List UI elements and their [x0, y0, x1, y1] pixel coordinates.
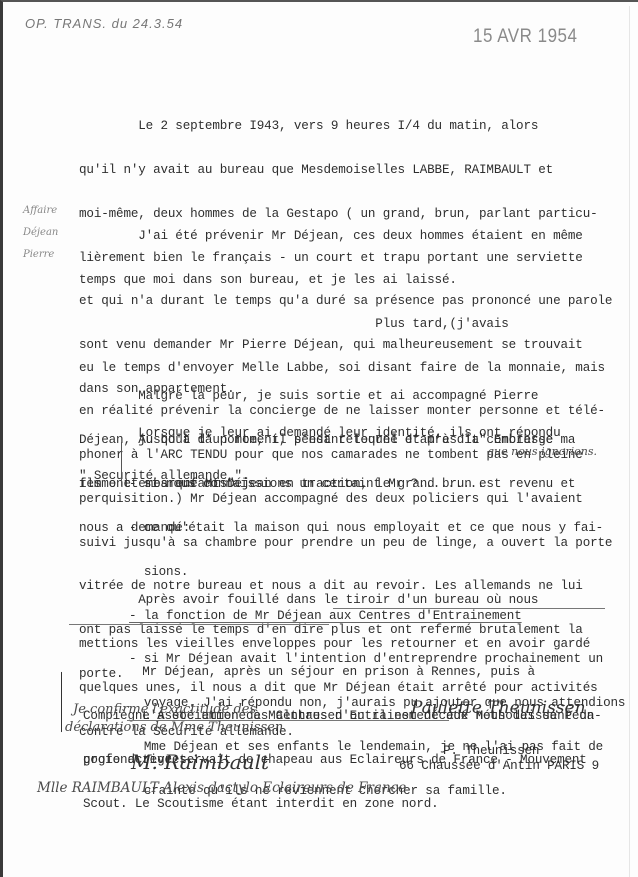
underline-mark	[69, 624, 329, 625]
reference-note: OP. TRANS. du 24.3.54	[25, 16, 183, 31]
list-item: - si nous connaissions un certaint Mr ?.…	[129, 477, 625, 492]
signer-name: P. Theunissen	[443, 744, 539, 759]
raimbault-signature: M. Raimbault	[131, 750, 269, 774]
list-annotation: que nous ignorions.	[487, 445, 597, 458]
document-page: OP. TRANS. du 24.3.54 15 AVR 1954 Affair…	[0, 0, 638, 877]
confirmation-line-1: Je confirme l'exactitude des	[73, 702, 256, 717]
underline-mark	[333, 608, 605, 609]
margin-bracket	[121, 442, 122, 486]
raimbault-identification: Mlle RAIMBAULT Alexis dactylo Eclaireurs…	[37, 780, 406, 796]
confirmation-line-2: déclarations de Mme Theunissen	[65, 720, 283, 735]
margin-bracket	[61, 672, 62, 732]
date-stamp: 15 AVR 1954	[473, 25, 577, 48]
margin-note: Affaire Déjean Pierre	[23, 200, 58, 266]
signer-address: 66 Chaussée d'Antin PARIS 9	[399, 759, 599, 774]
list-item: - ce qu'était la maison qui nous employa…	[129, 521, 625, 536]
theunissen-signature: Paulette Theunissen	[411, 698, 586, 718]
page-edge	[629, 6, 630, 877]
